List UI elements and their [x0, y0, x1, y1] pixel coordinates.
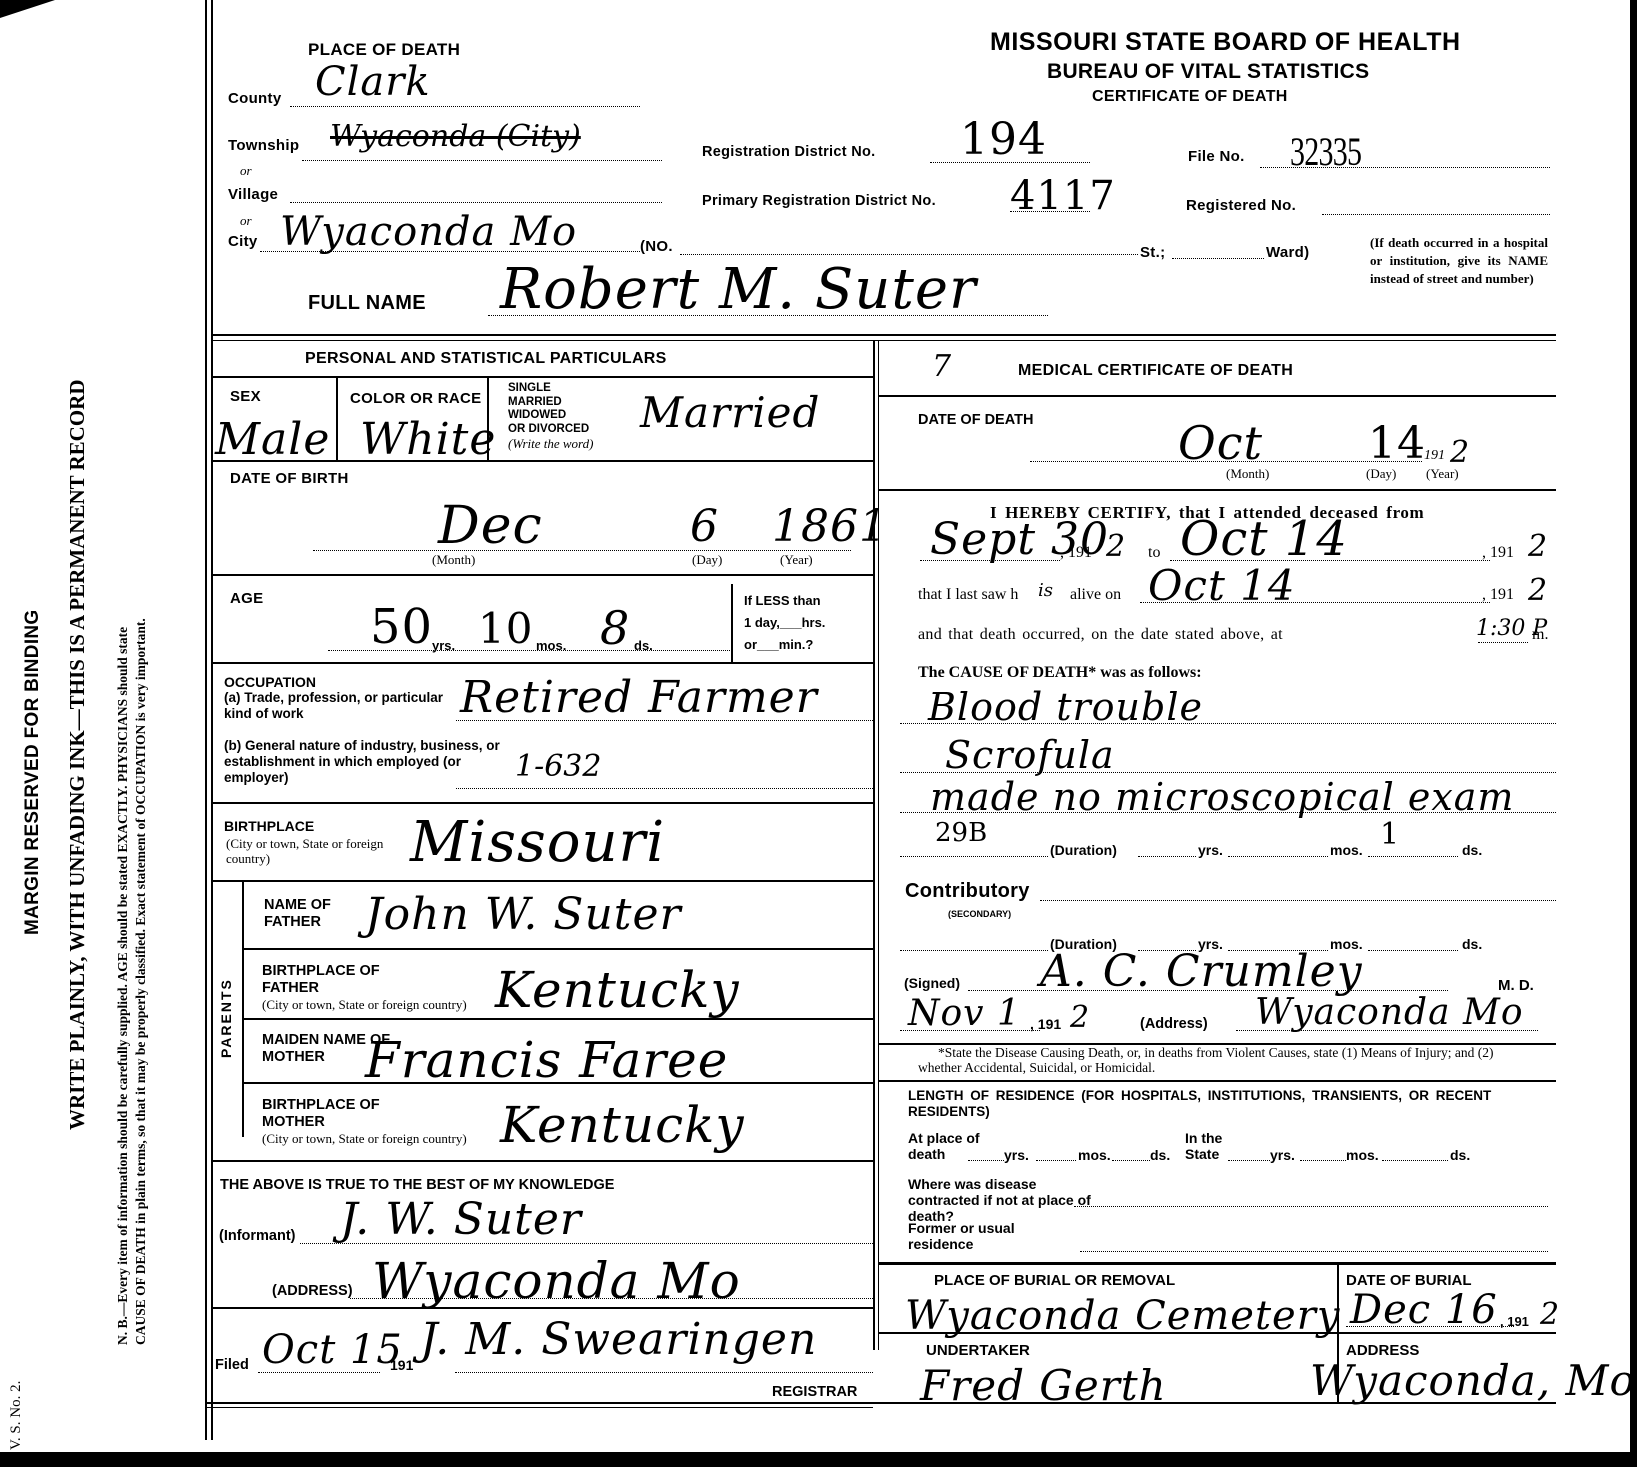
county-field-line — [290, 106, 640, 107]
village-label: Village — [228, 186, 278, 203]
occupation-a-label: (a) Trade, profession, or particular kin… — [224, 690, 456, 722]
burial-year-suffix[interactable]: 2 — [1540, 1300, 1559, 1330]
full-name-label: FULL NAME — [308, 292, 426, 315]
father-birthplace-rule — [242, 1018, 873, 1020]
dob-label: DATE OF BIRTH — [230, 470, 349, 487]
occupation-heading: OCCUPATION — [224, 674, 316, 690]
duration-ds-label: ds. — [1462, 842, 1482, 858]
undertaker-label: UNDERTAKER — [926, 1343, 1030, 1359]
agency-title: MISSOURI STATE BOARD OF HEALTH — [990, 28, 1461, 57]
registration-district-label: Registration District No. — [702, 144, 875, 160]
contributory-duration-line — [900, 950, 1048, 951]
margin-mark: 7 — [932, 352, 951, 382]
at-place-yrs-label: yrs. — [1004, 1147, 1029, 1163]
marital-option-married: MARRIED — [508, 396, 593, 410]
at-place-yrs-line — [968, 1160, 1004, 1161]
last-saw-year-prefix: , 191 — [1482, 586, 1514, 604]
in-state-ds-line — [1382, 1160, 1448, 1161]
county-value[interactable]: Clark — [315, 62, 431, 102]
occupation-b-line — [456, 788, 873, 789]
residence-heading: LENGTH OF RESIDENCE (FOR HOSPITALS, INST… — [908, 1088, 1548, 1120]
primary-district-label: Primary Registration District No. — [702, 193, 936, 209]
dod-row-rule — [878, 489, 1556, 491]
nb-note-line2: CAUSE OF DEATH in plain terms, so that i… — [133, 618, 149, 1345]
marital-row-rule — [211, 460, 873, 462]
dod-year-caption: (Year) — [1426, 466, 1459, 481]
at-place-mos-line — [1036, 1160, 1076, 1161]
age-less-than-divider — [731, 584, 733, 662]
last-saw-year-suffix[interactable]: 2 — [1528, 576, 1547, 606]
village-field-line — [290, 202, 662, 203]
age-yrs-label: yrs. — [432, 638, 455, 654]
city-value[interactable]: Wyaconda Mo — [280, 212, 577, 252]
scan-edge-corner — [0, 0, 55, 18]
signed-value[interactable]: A. C. Crumley — [1040, 950, 1363, 994]
dod-day-caption: (Day) — [1366, 466, 1396, 481]
physician-address-label: (Address) — [1140, 1016, 1208, 1032]
parents-side-label: PARENTS — [218, 978, 234, 1058]
attended-to-value[interactable]: Oct 14 — [1180, 515, 1348, 563]
death-time-suffix: m. — [1532, 626, 1548, 644]
county-label: County — [228, 90, 281, 107]
dod-month-caption: (Month) — [1226, 466, 1269, 481]
burial-place-value[interactable]: Wyaconda Cemetery — [905, 1296, 1340, 1336]
age-months-value[interactable]: 10 — [478, 608, 533, 650]
dob-month-value[interactable]: Dec — [438, 500, 543, 552]
at-place-label: At place of death — [908, 1130, 988, 1162]
cause-value-2[interactable]: Scrofula — [945, 736, 1115, 774]
column-divider-inner — [878, 340, 879, 1350]
former-residence-label: Former or usual residence — [908, 1220, 1048, 1252]
last-saw-label: that I last saw h — [918, 586, 1018, 604]
age-ds-label: ds. — [634, 638, 653, 654]
burial-year-prefix: , 191 — [1500, 1314, 1529, 1330]
occupation-a-value[interactable]: Retired Farmer — [460, 676, 818, 720]
signed-date-value[interactable]: Nov 1 — [908, 996, 1021, 1032]
contributory-ds-line — [1368, 950, 1458, 951]
informant-address-value[interactable]: Wyaconda Mo — [372, 1256, 741, 1306]
contributory-ds-label: ds. — [1462, 936, 1482, 952]
duration-ds-line — [1368, 856, 1458, 857]
contributory-line — [1040, 900, 1556, 901]
race-value[interactable]: White — [360, 418, 496, 462]
occupation-b-value[interactable]: 1-632 — [515, 752, 601, 782]
duration-label: (Duration) — [1050, 842, 1117, 858]
file-number-label: File No. — [1188, 148, 1245, 165]
duration-mos-label: mos. — [1330, 842, 1363, 858]
last-saw-pronoun[interactable]: is — [1038, 582, 1053, 600]
at-place-ds-line — [1112, 1160, 1150, 1161]
footnote: *State the Disease Causing Death, or, in… — [918, 1045, 1538, 1075]
dob-day-caption: (Day) — [692, 552, 722, 567]
sex-label: SEX — [230, 388, 261, 405]
attended-from-year-suffix[interactable]: 2 — [1106, 532, 1125, 562]
residence-bottom-rule — [878, 1262, 1556, 1265]
cause-value-1[interactable]: Blood trouble — [928, 688, 1203, 726]
contributory-label: Contributory — [905, 880, 1030, 903]
marital-option-widowed: WIDOWED — [508, 409, 593, 423]
undertaker-value[interactable]: Fred Gerth — [920, 1365, 1167, 1407]
physician-address-value[interactable]: Wyaconda Mo — [1255, 995, 1524, 1031]
less-than-block: If LESS than 1 day,___hrs. or___min.? — [744, 590, 825, 656]
dod-label: DATE OF DEATH — [918, 412, 1033, 428]
death-time-line — [1478, 642, 1528, 643]
duration-mos-line — [1228, 856, 1328, 857]
place-of-death-heading: PLACE OF DEATH — [308, 40, 460, 60]
registrar-label: REGISTRAR — [772, 1384, 857, 1400]
column-divider-outer — [873, 340, 875, 1350]
bureau-title: BUREAU OF VITAL STATISTICS — [1047, 60, 1369, 84]
parents-bottom-rule — [211, 1160, 873, 1162]
less-than-line3: or___min.? — [744, 634, 825, 656]
street-field-line — [680, 254, 1138, 255]
age-years-value[interactable]: 50 — [370, 603, 433, 651]
bottom-rule-right — [873, 1402, 1556, 1404]
death-time-label: and that death occurred, on the date sta… — [918, 626, 1283, 644]
full-name-value[interactable]: Robert M. Suter — [500, 262, 977, 318]
father-birthplace-hint: (City or town, State or foreign country) — [262, 997, 467, 1012]
informant-value[interactable]: J. W. Suter — [340, 1198, 582, 1242]
scan-edge-bottom — [0, 1452, 1637, 1467]
in-state-mos-label: mos. — [1346, 1147, 1379, 1163]
registrar-signature[interactable]: J. M. Swearingen — [420, 1318, 817, 1362]
secondary-label: (SECONDARY) — [948, 906, 1011, 922]
form-border-left-outer — [205, 0, 207, 1440]
medical-heading: MEDICAL CERTIFICATE OF DEATH — [1018, 362, 1293, 380]
sex-value[interactable]: Male — [215, 418, 330, 462]
contracted-line — [1074, 1206, 1548, 1207]
marital-options: SINGLE MARRIED WIDOWED OR DIVORCED (Writ… — [508, 382, 593, 451]
duration-yrs-label: yrs. — [1198, 842, 1223, 858]
burial-place-rule — [878, 1332, 1556, 1334]
signed-label: (Signed) — [904, 975, 960, 991]
footnote-rule — [878, 1080, 1556, 1082]
ward-field-line — [1172, 258, 1264, 259]
dod-month-value[interactable]: Oct — [1178, 420, 1263, 466]
dob-day-value[interactable]: 6 — [690, 505, 719, 549]
father-name-rule — [242, 948, 873, 950]
dod-day-value[interactable]: 14 — [1368, 422, 1426, 466]
street-number-label: (NO. — [640, 238, 673, 255]
city-label: City — [228, 233, 258, 250]
occupation-row-rule — [211, 802, 873, 804]
birthplace-row-rule — [211, 880, 873, 882]
dob-row-rule — [211, 574, 873, 576]
personal-heading: PERSONAL AND STATISTICAL PARTICULARS — [305, 350, 667, 368]
mother-birthplace-value[interactable]: Kentucky — [500, 1100, 745, 1150]
in-state-label: In the State — [1185, 1130, 1255, 1162]
township-value[interactable]: Wyaconda (City) — [330, 122, 581, 152]
dod-year-suffix[interactable]: 2 — [1450, 438, 1469, 468]
divider-top-section — [211, 334, 1556, 336]
mother-name-value[interactable]: Francis Faree — [365, 1035, 728, 1085]
marital-option-divorced: OR DIVORCED — [508, 423, 593, 437]
signed-year-suffix[interactable]: 2 — [1070, 1003, 1089, 1033]
or-label-2: or — [240, 213, 252, 229]
father-birthplace-label: BIRTHPLACE OF FATHER — [262, 963, 422, 997]
dob-year-value[interactable]: 1861 — [772, 505, 888, 549]
primary-district-value[interactable]: 4117 — [1010, 176, 1116, 216]
burial-date-value[interactable]: Dec 16 — [1350, 1290, 1498, 1330]
registered-number-label: Registered No. — [1186, 197, 1296, 214]
marital-option-single: SINGLE — [508, 382, 593, 396]
marital-value[interactable]: Married — [640, 392, 820, 434]
township-label: Township — [228, 137, 299, 154]
informant-statement: THE ABOVE IS TRUE TO THE BEST OF MY KNOW… — [220, 1177, 614, 1193]
hospital-note: (If death occurred in a hospital or inst… — [1370, 234, 1548, 288]
age-row-rule — [211, 662, 873, 664]
medical-heading-rule — [878, 395, 1556, 397]
age-mos-label: mos. — [536, 638, 566, 654]
occupation-b-label: (b) General nature of industry, business… — [224, 738, 524, 786]
dob-line — [313, 550, 851, 551]
less-than-line1: If LESS than — [744, 590, 825, 612]
attended-to-label: to — [1148, 544, 1160, 562]
parents-side-divider — [242, 882, 244, 1137]
filed-year-prefix: 191 — [390, 1357, 413, 1373]
street-label: St.; — [1140, 244, 1165, 261]
file-number-value[interactable]: 32335 — [1290, 128, 1361, 175]
bottom-rule-left-1 — [205, 1402, 873, 1404]
duration-line — [900, 856, 1048, 857]
duration-yrs-line — [1138, 856, 1196, 857]
dob-year-caption: (Year) — [780, 552, 813, 567]
race-label: COLOR OR RACE — [350, 390, 481, 407]
in-state-yrs-line — [1228, 1160, 1270, 1161]
document-title: CERTIFICATE OF DEATH — [1092, 88, 1288, 106]
address-row-rule — [211, 1307, 873, 1309]
contracted-label: Where was disease contracted if not at p… — [908, 1176, 1108, 1224]
attended-to-year-prefix: , 191 — [1482, 544, 1514, 562]
form-border-left-inner — [211, 0, 213, 1440]
informant-label: (Informant) — [219, 1228, 296, 1244]
race-marital-divider — [487, 376, 489, 460]
township-field-line — [302, 160, 662, 161]
in-state-yrs-label: yrs. — [1270, 1147, 1295, 1163]
undertaker-address-value[interactable]: Wyaconda, Mo. — [1310, 1360, 1637, 1402]
father-birthplace-value[interactable]: Kentucky — [495, 965, 740, 1015]
birthplace-label: BIRTHPLACE — [224, 818, 314, 834]
cause-value-3[interactable]: made no microscopical exam — [930, 778, 1514, 816]
filed-label: Filed — [215, 1357, 249, 1373]
attended-to-year-suffix[interactable]: 2 — [1528, 532, 1547, 562]
age-label: AGE — [230, 590, 263, 607]
registered-number-line — [1322, 214, 1550, 215]
attended-from-year-prefix: , 191 — [1060, 544, 1092, 562]
age-days-value[interactable]: 8 — [600, 605, 630, 651]
former-residence-line — [1080, 1251, 1548, 1252]
ink-notice: WRITE PLAINLY, WITH UNFADING INK—THIS IS… — [65, 379, 90, 1130]
alive-on-label: alive on — [1070, 586, 1121, 604]
in-state-mos-line — [1300, 1160, 1346, 1161]
duration-days-value[interactable]: 1 — [1380, 820, 1399, 850]
divider-top-section-inner — [211, 340, 1556, 341]
sex-race-divider — [336, 376, 338, 460]
less-than-line2: 1 day,___hrs. — [744, 612, 825, 634]
in-state-ds-label: ds. — [1450, 1147, 1470, 1163]
registrar-line — [455, 1372, 873, 1373]
burial-place-label: PLACE OF BURIAL OR REMOVAL — [934, 1273, 1175, 1289]
or-label-1: or — [240, 163, 252, 179]
birthplace-value[interactable]: Missouri — [410, 815, 665, 871]
scan-edge-right — [1630, 0, 1637, 1467]
registration-district-value[interactable]: 194 — [960, 118, 1047, 162]
at-place-mos-label: mos. — [1078, 1147, 1111, 1163]
ward-label: Ward) — [1266, 244, 1309, 261]
nb-note-line1: N. B.—Every item of information should b… — [115, 627, 131, 1345]
mother-name-rule — [242, 1082, 873, 1084]
last-saw-date[interactable]: Oct 14 — [1148, 565, 1296, 607]
signed-year-prefix: , 191 — [1030, 1016, 1061, 1032]
birthplace-hint: (City or town, State or foreign country) — [226, 836, 416, 866]
dob-month-caption: (Month) — [432, 552, 475, 567]
form-number: V. S. No. 2. — [8, 1381, 25, 1450]
filed-date-value[interactable]: Oct 15 — [262, 1330, 403, 1370]
binding-notice: MARGIN RESERVED FOR BINDING — [22, 610, 44, 936]
cause-code: 29B — [935, 820, 987, 846]
mother-birthplace-hint: (City or town, State or foreign country) — [262, 1131, 467, 1146]
cause-heading: The CAUSE OF DEATH* was as follows: — [918, 664, 1202, 682]
bottom-rule-left-2 — [205, 1407, 873, 1408]
informant-address-label: (ADDRESS) — [272, 1283, 353, 1299]
father-name-value[interactable]: John W. Suter — [365, 893, 682, 937]
marital-hint: (Write the word) — [508, 436, 593, 451]
dod-year-prefix: 191 — [1424, 448, 1445, 463]
at-place-ds-label: ds. — [1150, 1147, 1170, 1163]
mother-birthplace-label: BIRTHPLACE OF MOTHER — [262, 1097, 422, 1131]
personal-heading-rule — [211, 376, 873, 378]
